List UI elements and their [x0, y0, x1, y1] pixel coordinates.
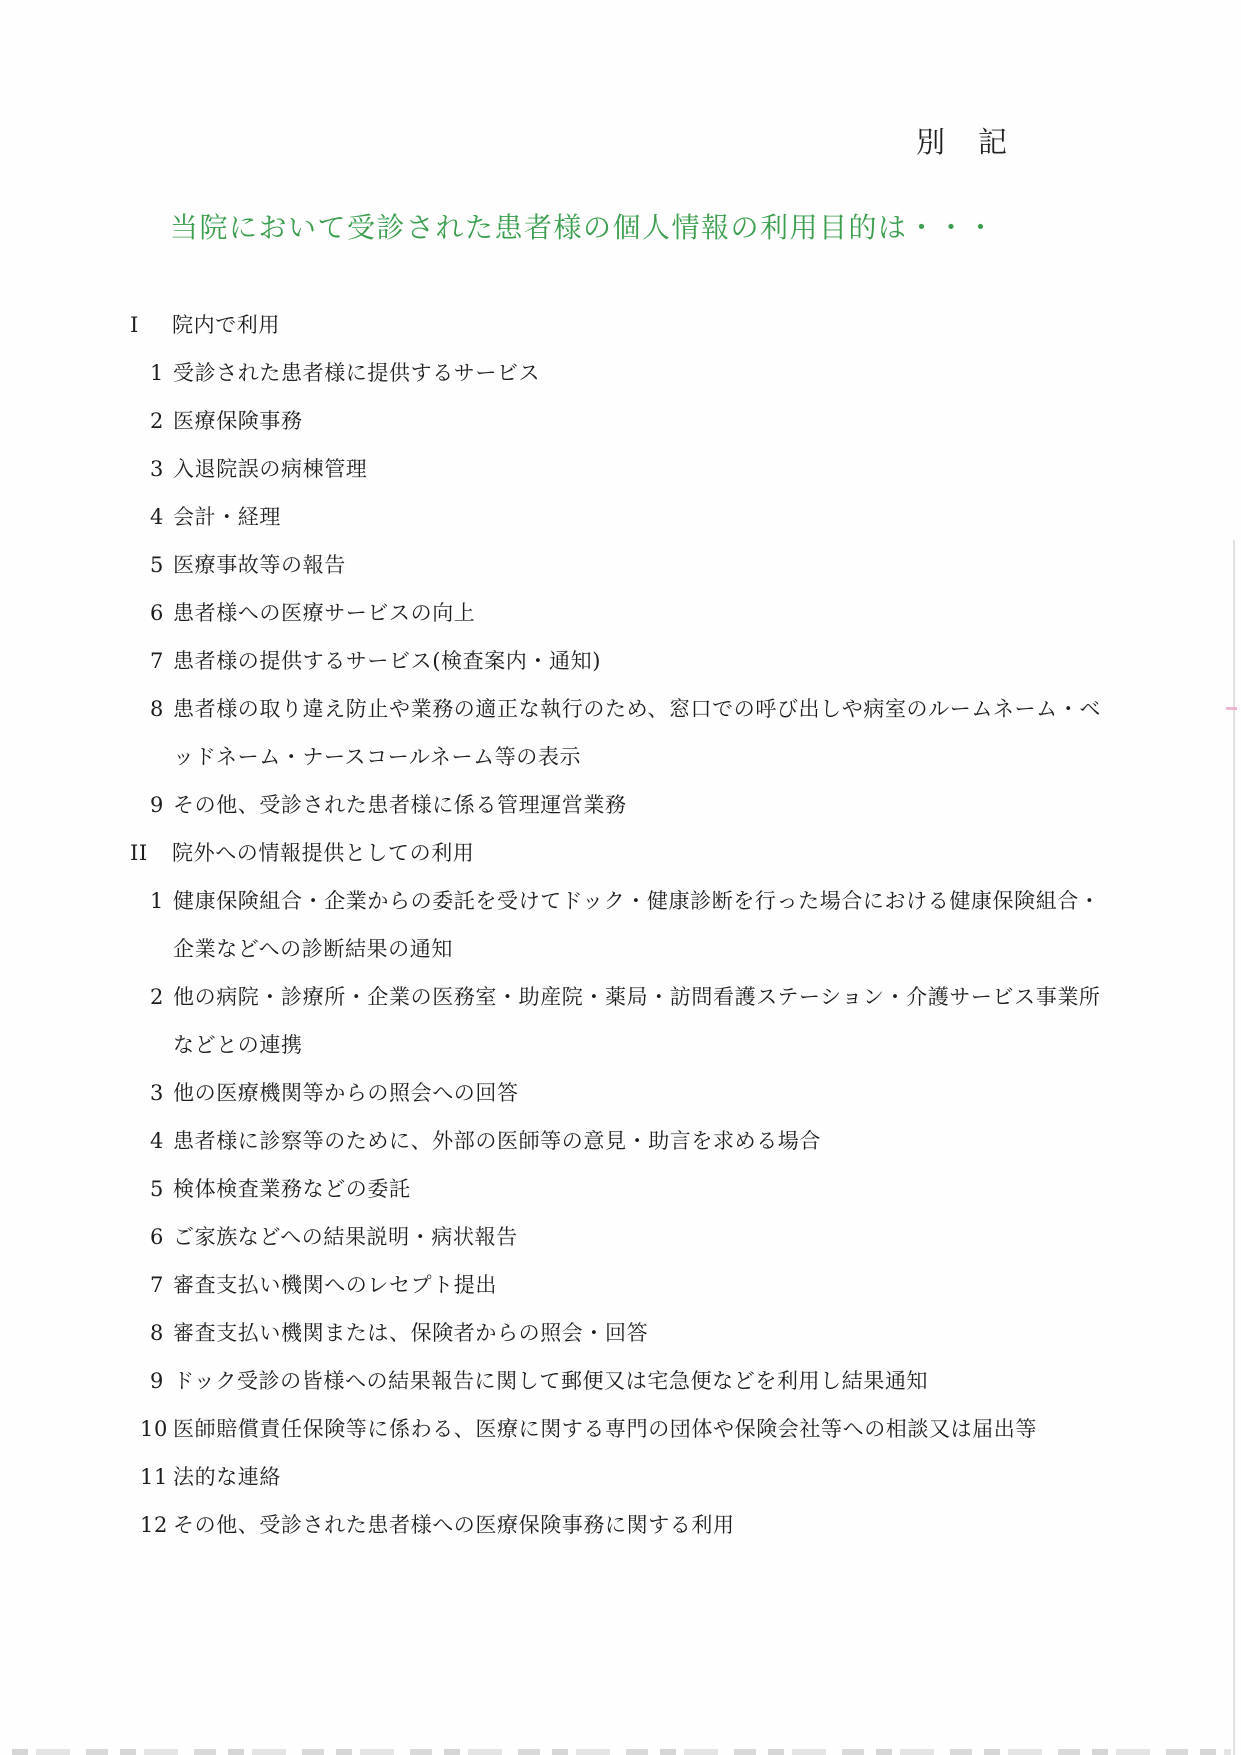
section-numeral: II: [130, 829, 172, 877]
item-text: その他、受診された患者様に係る管理運営業務: [173, 781, 627, 829]
item-number: 1: [140, 877, 164, 973]
scan-bottom-artifact: [12, 1749, 1231, 1755]
item-number: 6: [140, 589, 164, 637]
page-title: 当院において受診された患者様の個人情報の利用目的は・・・: [170, 206, 996, 246]
section-i: I院内で利用1受診された患者様に提供するサービス2医療保険事務3入退院誤の病棟管…: [0, 301, 1241, 829]
item-text: 患者様に診察等のために、外部の医師等の意見・助言を求める場合: [173, 1117, 821, 1165]
item-number: 4: [140, 1117, 164, 1165]
item-text: 医療保険事務: [173, 397, 303, 445]
list-item: 4患者様に診察等のために、外部の医師等の意見・助言を求める場合: [0, 1117, 1241, 1165]
item-number: 4: [140, 493, 164, 541]
item-number: 9: [140, 781, 164, 829]
list-item: 7審査支払い機関へのレセプト提出: [0, 1261, 1241, 1309]
list-item: 9その他、受診された患者様に係る管理運営業務: [0, 781, 1241, 829]
section-heading-text: 院外への情報提供としての利用: [172, 841, 474, 865]
item-number: 6: [140, 1213, 164, 1261]
item-text: 法的な連絡: [173, 1453, 281, 1501]
list-item: 6ご家族などへの結果説明・病状報告: [0, 1213, 1241, 1261]
item-number: 9: [140, 1357, 164, 1405]
section-heading: I院内で利用: [0, 301, 1241, 349]
list-item: 1受診された患者様に提供するサービス: [0, 349, 1241, 397]
item-number: 10: [140, 1405, 164, 1453]
list-item: 1健康保険組合・企業からの委託を受けてドック・健康診断を行った場合における健康保…: [0, 877, 1241, 973]
item-text: 他の病院・診療所・企業の医務室・助産院・薬局・訪問看護ステーション・介護サービス…: [173, 973, 1101, 1069]
list-item: 10医師賠償責任保険等に係わる、医療に関する専門の団体や保険会社等への相談又は届…: [0, 1405, 1241, 1453]
scanned-document-page: 別 記 当院において受診された患者様の個人情報の利用目的は・・・ I院内で利用1…: [0, 0, 1241, 1755]
list-item: 3入退院誤の病棟管理: [0, 445, 1241, 493]
item-number: 7: [140, 1261, 164, 1309]
sections: I院内で利用1受診された患者様に提供するサービス2医療保険事務3入退院誤の病棟管…: [0, 301, 1241, 1549]
list-item: 11法的な連絡: [0, 1453, 1241, 1501]
item-text: 審査支払い機関または、保険者からの照会・回答: [173, 1309, 648, 1357]
item-text: 医師賠償責任保険等に係わる、医療に関する専門の団体や保険会社等への相談又は届出等: [173, 1405, 1037, 1453]
item-number: 2: [140, 397, 164, 445]
list-item: 3他の医療機関等からの照会への回答: [0, 1069, 1241, 1117]
item-number: 3: [140, 1069, 164, 1117]
item-text: 医療事故等の報告: [173, 541, 346, 589]
item-text: 検体検査業務などの委託: [173, 1165, 411, 1213]
list-item: 8患者様の取り違え防止や業務の適正な執行のため、窓口での呼び出しや病室のルームネ…: [0, 685, 1241, 781]
list-item: 4会計・経理: [0, 493, 1241, 541]
item-number: 5: [140, 541, 164, 589]
item-number: 1: [140, 349, 164, 397]
item-number: 5: [140, 1165, 164, 1213]
item-text: 患者様の提供するサービス(検査案内・通知): [173, 637, 601, 685]
item-text: 審査支払い機関へのレセプト提出: [173, 1261, 497, 1309]
item-text: ドック受診の皆様への結果報告に関して郵便又は宅急便などを利用し結果通知: [173, 1357, 928, 1405]
section-heading-text: 院内で利用: [172, 313, 280, 337]
section-heading: II院外への情報提供としての利用: [0, 829, 1241, 877]
item-text: 会計・経理: [173, 493, 281, 541]
scan-edge-mark: [1226, 707, 1237, 710]
item-number: 3: [140, 445, 164, 493]
item-number: 8: [140, 1309, 164, 1357]
list-item: 12その他、受診された患者様への医療保険事務に関する利用: [0, 1501, 1241, 1549]
item-text: 患者様への医療サービスの向上: [173, 589, 475, 637]
item-text: 入退院誤の病棟管理: [173, 445, 367, 493]
item-text: 健康保険組合・企業からの委託を受けてドック・健康診断を行った場合における健康保険…: [173, 877, 1101, 973]
list-item: 7患者様の提供するサービス(検査案内・通知): [0, 637, 1241, 685]
item-text: 患者様の取り違え防止や業務の適正な執行のため、窓口での呼び出しや病室のルームネー…: [173, 685, 1101, 781]
item-number: 8: [140, 685, 164, 781]
list-item: 8審査支払い機関または、保険者からの照会・回答: [0, 1309, 1241, 1357]
item-number: 11: [140, 1453, 164, 1501]
corner-label: 別 記: [916, 120, 1009, 161]
item-text: 受診された患者様に提供するサービス: [173, 349, 540, 397]
section-numeral: I: [130, 301, 172, 349]
item-number: 2: [140, 973, 164, 1069]
item-number: 7: [140, 637, 164, 685]
list-item: 2他の病院・診療所・企業の医務室・助産院・薬局・訪問看護ステーション・介護サービ…: [0, 973, 1241, 1069]
item-text: その他、受診された患者様への医療保険事務に関する利用: [173, 1501, 735, 1549]
section-ii: II院外への情報提供としての利用1健康保険組合・企業からの委託を受けてドック・健…: [0, 829, 1241, 1549]
list-item: 5医療事故等の報告: [0, 541, 1241, 589]
list-item: 6患者様への医療サービスの向上: [0, 589, 1241, 637]
list-item: 2医療保険事務: [0, 397, 1241, 445]
item-text: ご家族などへの結果説明・病状報告: [173, 1213, 518, 1261]
item-number: 12: [140, 1501, 164, 1549]
item-text: 他の医療機関等からの照会への回答: [173, 1069, 519, 1117]
list-item: 5検体検査業務などの委託: [0, 1165, 1241, 1213]
list-item: 9ドック受診の皆様への結果報告に関して郵便又は宅急便などを利用し結果通知: [0, 1357, 1241, 1405]
scan-edge-line: [1233, 540, 1235, 1755]
